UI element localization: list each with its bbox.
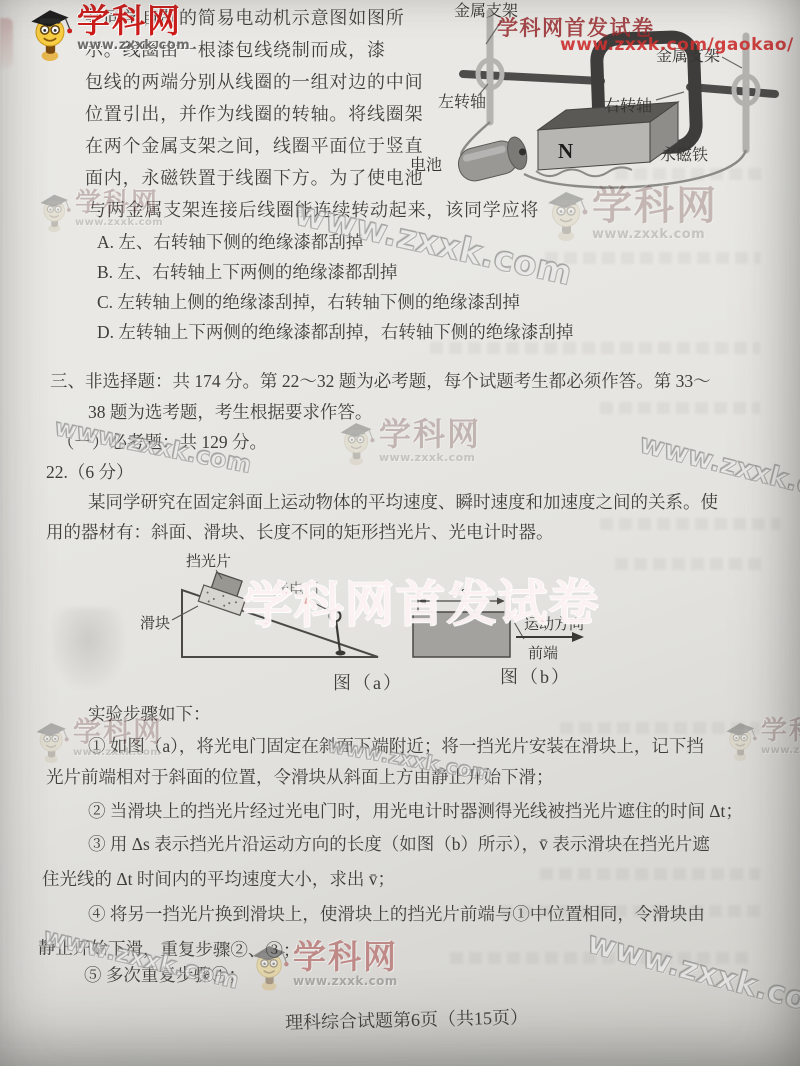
- axle-rod: [463, 74, 775, 94]
- q22-intro-line: 用的器材有：斜面、滑块、长度不同的矩形挡光片、光电计时器。: [46, 519, 554, 544]
- step-line: ③ 用 Δs 表示挡光片沿运动方向的长度（如图（b）所示），v̄ 表示滑块在挡光…: [88, 831, 710, 856]
- slider-label: 滑块: [140, 615, 170, 632]
- ghost-logo: 学科网 www.zxxk.com: [250, 940, 398, 992]
- ghost-logo-text: 学科网: [592, 186, 718, 226]
- zxxk-mascot-icon: [34, 718, 70, 764]
- zxxk-mascot-icon: [724, 718, 758, 762]
- ghost-logo-text: 学科网: [761, 718, 800, 744]
- step-line: ② 当滑块上的挡光片经过光电门时，用光电计时器测得光线被挡光片遮住的时间 Δt；: [88, 798, 743, 823]
- section3-heading-line1: 三、非选择题：共 174 分。第 22～32 题为必考题，每个试题考生都必须作答…: [50, 368, 711, 393]
- zxxk-mascot-icon: [28, 4, 74, 62]
- scanned-exam-page: 某同学自制的简易电动机示意图如图所 示。线圈由一根漆包线绕制而成，漆 包线的两端…: [0, 0, 800, 1066]
- ghost-logo-url: www.zxxk.com: [761, 746, 800, 756]
- bleedthrough-text: [540, 868, 760, 880]
- zxxk-logo-url: www.zxxk.com: [77, 39, 190, 52]
- diagonal-watermark: www.zxxk.com: [583, 925, 800, 1027]
- q22-number: 22.（6 分）: [46, 459, 134, 484]
- ghost-logo: 学科网 www.zxxk.com: [545, 186, 718, 242]
- ghost-logo: 学科网 www.zxxk.com: [38, 190, 163, 233]
- q21-option-d: D. 左转轴上下两侧的绝缘漆都刮掉，右转轴下侧的绝缘漆刮掉: [97, 319, 573, 344]
- magnet-pole-label: N: [558, 139, 573, 163]
- axle-right-label: 右转轴: [604, 97, 652, 115]
- axle-left-label: 左转轴: [438, 93, 486, 111]
- figure-a-caption: 图（a）: [333, 669, 403, 695]
- zxxk-logo: 学科网 www.zxxk.com: [28, 4, 190, 62]
- header-watermark-url: www.zxxk.com/gaokao/: [560, 35, 794, 55]
- section3-heading-line2: 38 题为选考题，考生根据要求作答。: [88, 399, 372, 424]
- zxxk-mascot-icon: [250, 940, 290, 992]
- corner-smudge: [0, 18, 13, 68]
- figure-b-caption: 图（b）: [500, 663, 571, 689]
- ghost-logo-text: 学科网: [293, 940, 398, 973]
- ghost-logo-url: www.zxxk.com: [75, 218, 163, 228]
- bleedthrough-text: [600, 402, 760, 414]
- ghost-logo: 学科网 www.zxxk.com: [724, 718, 800, 762]
- battery: [455, 135, 530, 184]
- q21-intro-line: 面内，永磁铁置于线圈下方。为了使电池: [85, 164, 423, 190]
- ghost-logo-url: www.zxxk.com: [293, 975, 398, 987]
- ghost-logo-url: www.zxxk.com: [379, 452, 481, 463]
- ghost-logo-text: 学科网: [73, 718, 163, 746]
- zxxk-logo-text: 学科网: [77, 4, 190, 37]
- zxxk-mascot-icon: [38, 190, 72, 233]
- ghost-logo: 学科网 www.zxxk.com: [34, 718, 163, 764]
- page-footer: 理科综合试题第6页（共15页）: [285, 1003, 529, 1035]
- ghost-logo-text: 学科网: [379, 418, 481, 450]
- q21-option-b: B. 左、右转轴上下两侧的绝缘漆都刮掉: [97, 259, 397, 284]
- magnet-label: 永磁铁: [660, 146, 708, 164]
- ghost-logo-url: www.zxxk.com: [73, 748, 163, 758]
- q22-intro-line: 某同学研究在固定斜面上运动物体的平均速度、瞬时速度和加速度之间的关系。使: [88, 489, 718, 514]
- q21-intro-line: 包线的两端分别从线圈的一组对边的中间: [85, 68, 423, 94]
- q21-intro-line: 在两个金属支架之间，线圈平面位于竖直: [85, 132, 423, 158]
- step-line: ④ 将另一挡光片换到滑块上，使滑块上的挡光片前端与①中位置相同，令滑块由: [88, 901, 705, 926]
- zxxk-mascot-icon: [545, 186, 589, 242]
- front-edge-label: 前端: [528, 645, 558, 662]
- ghost-logo-url: www.zxxk.com: [592, 228, 718, 241]
- photogate-base: [336, 651, 346, 656]
- center-watermark-banner: 学科网首发试卷: [243, 564, 601, 637]
- shutter-label: 挡光片: [186, 552, 231, 570]
- step-line: 住光线的 Δt 时间内的平均速度大小，求出 v̄；: [42, 866, 395, 891]
- zxxk-mascot-icon: [338, 418, 376, 466]
- q21-option-c: C. 左转轴上侧的绝缘漆刮掉，右转轴下侧的绝缘漆刮掉: [97, 289, 520, 314]
- magnet-front-face: [538, 122, 650, 170]
- ghost-logo-text: 学科网: [75, 190, 163, 216]
- ghost-logo: 学科网 www.zxxk.com: [338, 418, 481, 466]
- bleedthrough-meter: [52, 608, 124, 688]
- bleedthrough-text: [545, 252, 760, 264]
- bleedthrough-text: [615, 558, 765, 570]
- bleedthrough-text: [600, 518, 780, 530]
- q21-intro-line: 位置引出，并作为线圈的转轴。将线圈架: [85, 100, 423, 126]
